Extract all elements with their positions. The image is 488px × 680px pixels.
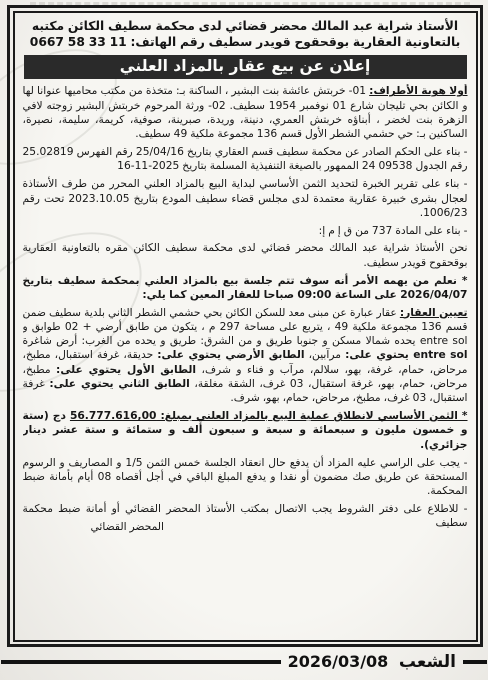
document-frame: الأستاذ شراية عبد المالك محضر قضائي لدى … [7,5,483,647]
notary-header-line2: بالتعاونية العقارية بوقحقوح قويدر سطيف ر… [23,34,468,51]
legal-article-paragraph: - بناء على المادة 737 من ق إ م إ: [23,224,468,238]
starting-price-paragraph: * الثمن الأساسي لانطلاق عملية البيع بالم… [23,409,468,452]
notary-header-line1: الأستاذ شراية عبد المالك محضر قضائي لدى … [23,18,468,35]
footer-text: الشعب 2026/03/08 [288,652,456,672]
property-description-paragraph: تعيين العقار: عقار عبارة عن مبنى معد للس… [23,306,468,406]
notary-header: الأستاذ شراية عبد المالك محضر قضائي لدى … [23,18,468,52]
footer-rule-left [1,660,281,664]
scanned-auction-notice: الأستاذ شراية عبد المالك محضر قضائي لدى … [0,0,488,680]
newspaper-footer: الشعب 2026/03/08 [0,651,488,673]
payment-terms-paragraph: - يجب على الراسي عليه المزاد أن يدفع حال… [23,456,468,499]
auction-session-paragraph: * نعلم من يهمه الأمر أنه سوف تتم جلسة بي… [23,274,468,303]
auction-banner-title: إعلان عن بيع عقار بالمزاد العلني [24,55,467,79]
bailiff-intro-paragraph: نحن الأستاذ شراية عبد المالك محضر قضائي … [23,241,468,270]
bailiff-signature: المحضر القضائي [23,520,468,534]
judgment-paragraph: - بناء على الحكم الصادر عن محكمة سطيف قس… [23,145,468,174]
publication-date: 2026/03/08 [288,652,389,671]
document-inner-frame: الأستاذ شراية عبد المالك محضر قضائي لدى … [13,11,478,642]
notice-body: أولا هوية الأطراف: 01- خربتش عائشة بنت ا… [23,84,468,637]
expertise-report-paragraph: - بناء على تقرير الخبرة لتحديد الثمن الأ… [23,177,468,220]
newspaper-name: الشعب [399,652,456,672]
parties-paragraph: أولا هوية الأطراف: 01- خربتش عائشة بنت ا… [23,84,468,141]
footer-rule-right [463,660,487,664]
